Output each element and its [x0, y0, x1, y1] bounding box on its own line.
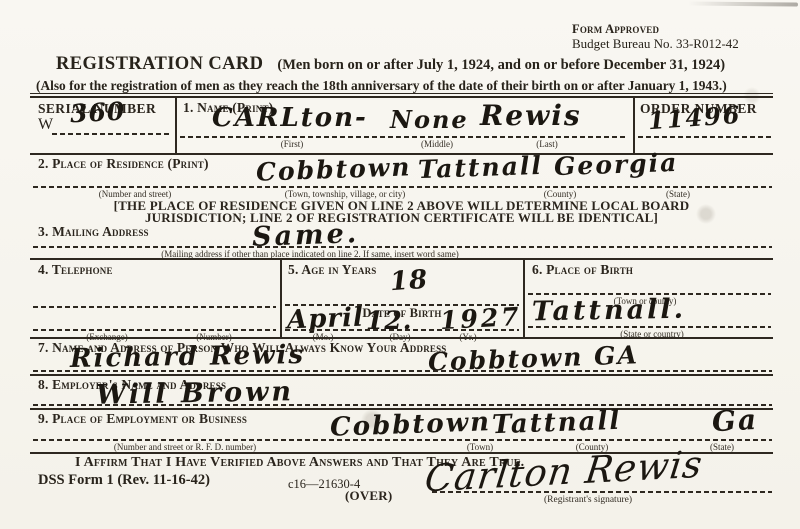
serial-number-value: 360	[69, 99, 125, 127]
column-divider	[280, 258, 282, 337]
form-approved-label: Form Approved	[572, 22, 659, 37]
signature-line	[432, 491, 772, 493]
first-sublabel: (First)	[281, 139, 304, 149]
serial-number-prefix: W	[38, 116, 53, 134]
name-middle-value: None	[390, 108, 469, 132]
residence-town-value: Cobbtown	[256, 154, 412, 184]
fill-in-line	[33, 306, 276, 308]
residence-state-value: Georgia	[554, 150, 679, 179]
fill-in-line	[285, 329, 519, 331]
age-value: 18	[389, 267, 429, 296]
residence-label: 2. Place of Residence (Print)	[38, 156, 209, 172]
employment-town-sublabel: (Town)	[467, 442, 493, 452]
card-title-note: (Men born on or after July 1, 1924, and …	[277, 57, 725, 73]
budget-bureau-number: Budget Bureau No. 33-R012-42	[572, 36, 739, 52]
rfd-sublabel: (Number and street or R. F. D. number)	[114, 442, 256, 452]
name-first-value: CARLton-	[212, 105, 368, 131]
fill-in-line	[33, 439, 772, 441]
age-label: 5. Age in Years	[288, 262, 377, 278]
fill-in-line	[528, 326, 771, 328]
scan-artifact	[688, 1, 798, 6]
column-divider	[175, 98, 177, 153]
middle-sublabel: (Middle)	[421, 139, 453, 149]
fill-in-line	[33, 329, 276, 331]
employment-state-sublabel: (State)	[710, 442, 734, 452]
header-rule-thin	[30, 93, 773, 94]
section-divider	[30, 337, 773, 339]
fill-in-line	[52, 133, 170, 135]
fill-in-line	[33, 404, 772, 406]
telephone-label: 4. Telephone	[38, 262, 113, 278]
residence-county-value: Tattnall	[418, 153, 544, 182]
over-label: (OVER)	[345, 488, 392, 504]
registration-card-scan: Form Approved Budget Bureau No. 33-R012-…	[0, 0, 800, 529]
form-id: DSS Form 1 (Rev. 11-16-42)	[38, 472, 210, 489]
birthplace-value: Tattnall.	[532, 296, 686, 326]
fill-in-line	[638, 136, 772, 138]
contact-person-value: Richard Rewis	[70, 342, 305, 372]
registrant-signature-sublabel: (Registrant's signature)	[544, 495, 632, 505]
header-rule-thick	[30, 96, 773, 98]
name-last-value: Rewis	[480, 102, 582, 130]
employment-label: 9. Place of Employment or Business	[38, 411, 247, 427]
fill-in-line	[33, 246, 772, 248]
card-subtitle: (Also for the registration of men as the…	[36, 78, 727, 94]
employment-town-value: Cobbtown	[330, 409, 492, 441]
order-number-value: 11496	[647, 103, 742, 133]
employment-state-value: Ga	[711, 406, 758, 436]
section-divider	[30, 258, 773, 260]
mailing-address-label: 3. Mailing Address	[38, 224, 149, 240]
fill-in-line	[180, 136, 628, 138]
employment-county-value: Tattnall	[492, 408, 622, 438]
column-divider	[523, 258, 525, 337]
card-title: REGISTRATION CARD	[56, 54, 263, 74]
fill-in-line	[33, 370, 772, 372]
column-divider	[633, 98, 635, 153]
card-title-line: REGISTRATION CARD (Men born on or after …	[56, 54, 725, 75]
section-divider	[30, 374, 773, 376]
fill-in-line	[33, 186, 772, 188]
place-of-birth-label: 6. Place of Birth	[532, 262, 633, 278]
last-sublabel: (Last)	[536, 139, 558, 149]
